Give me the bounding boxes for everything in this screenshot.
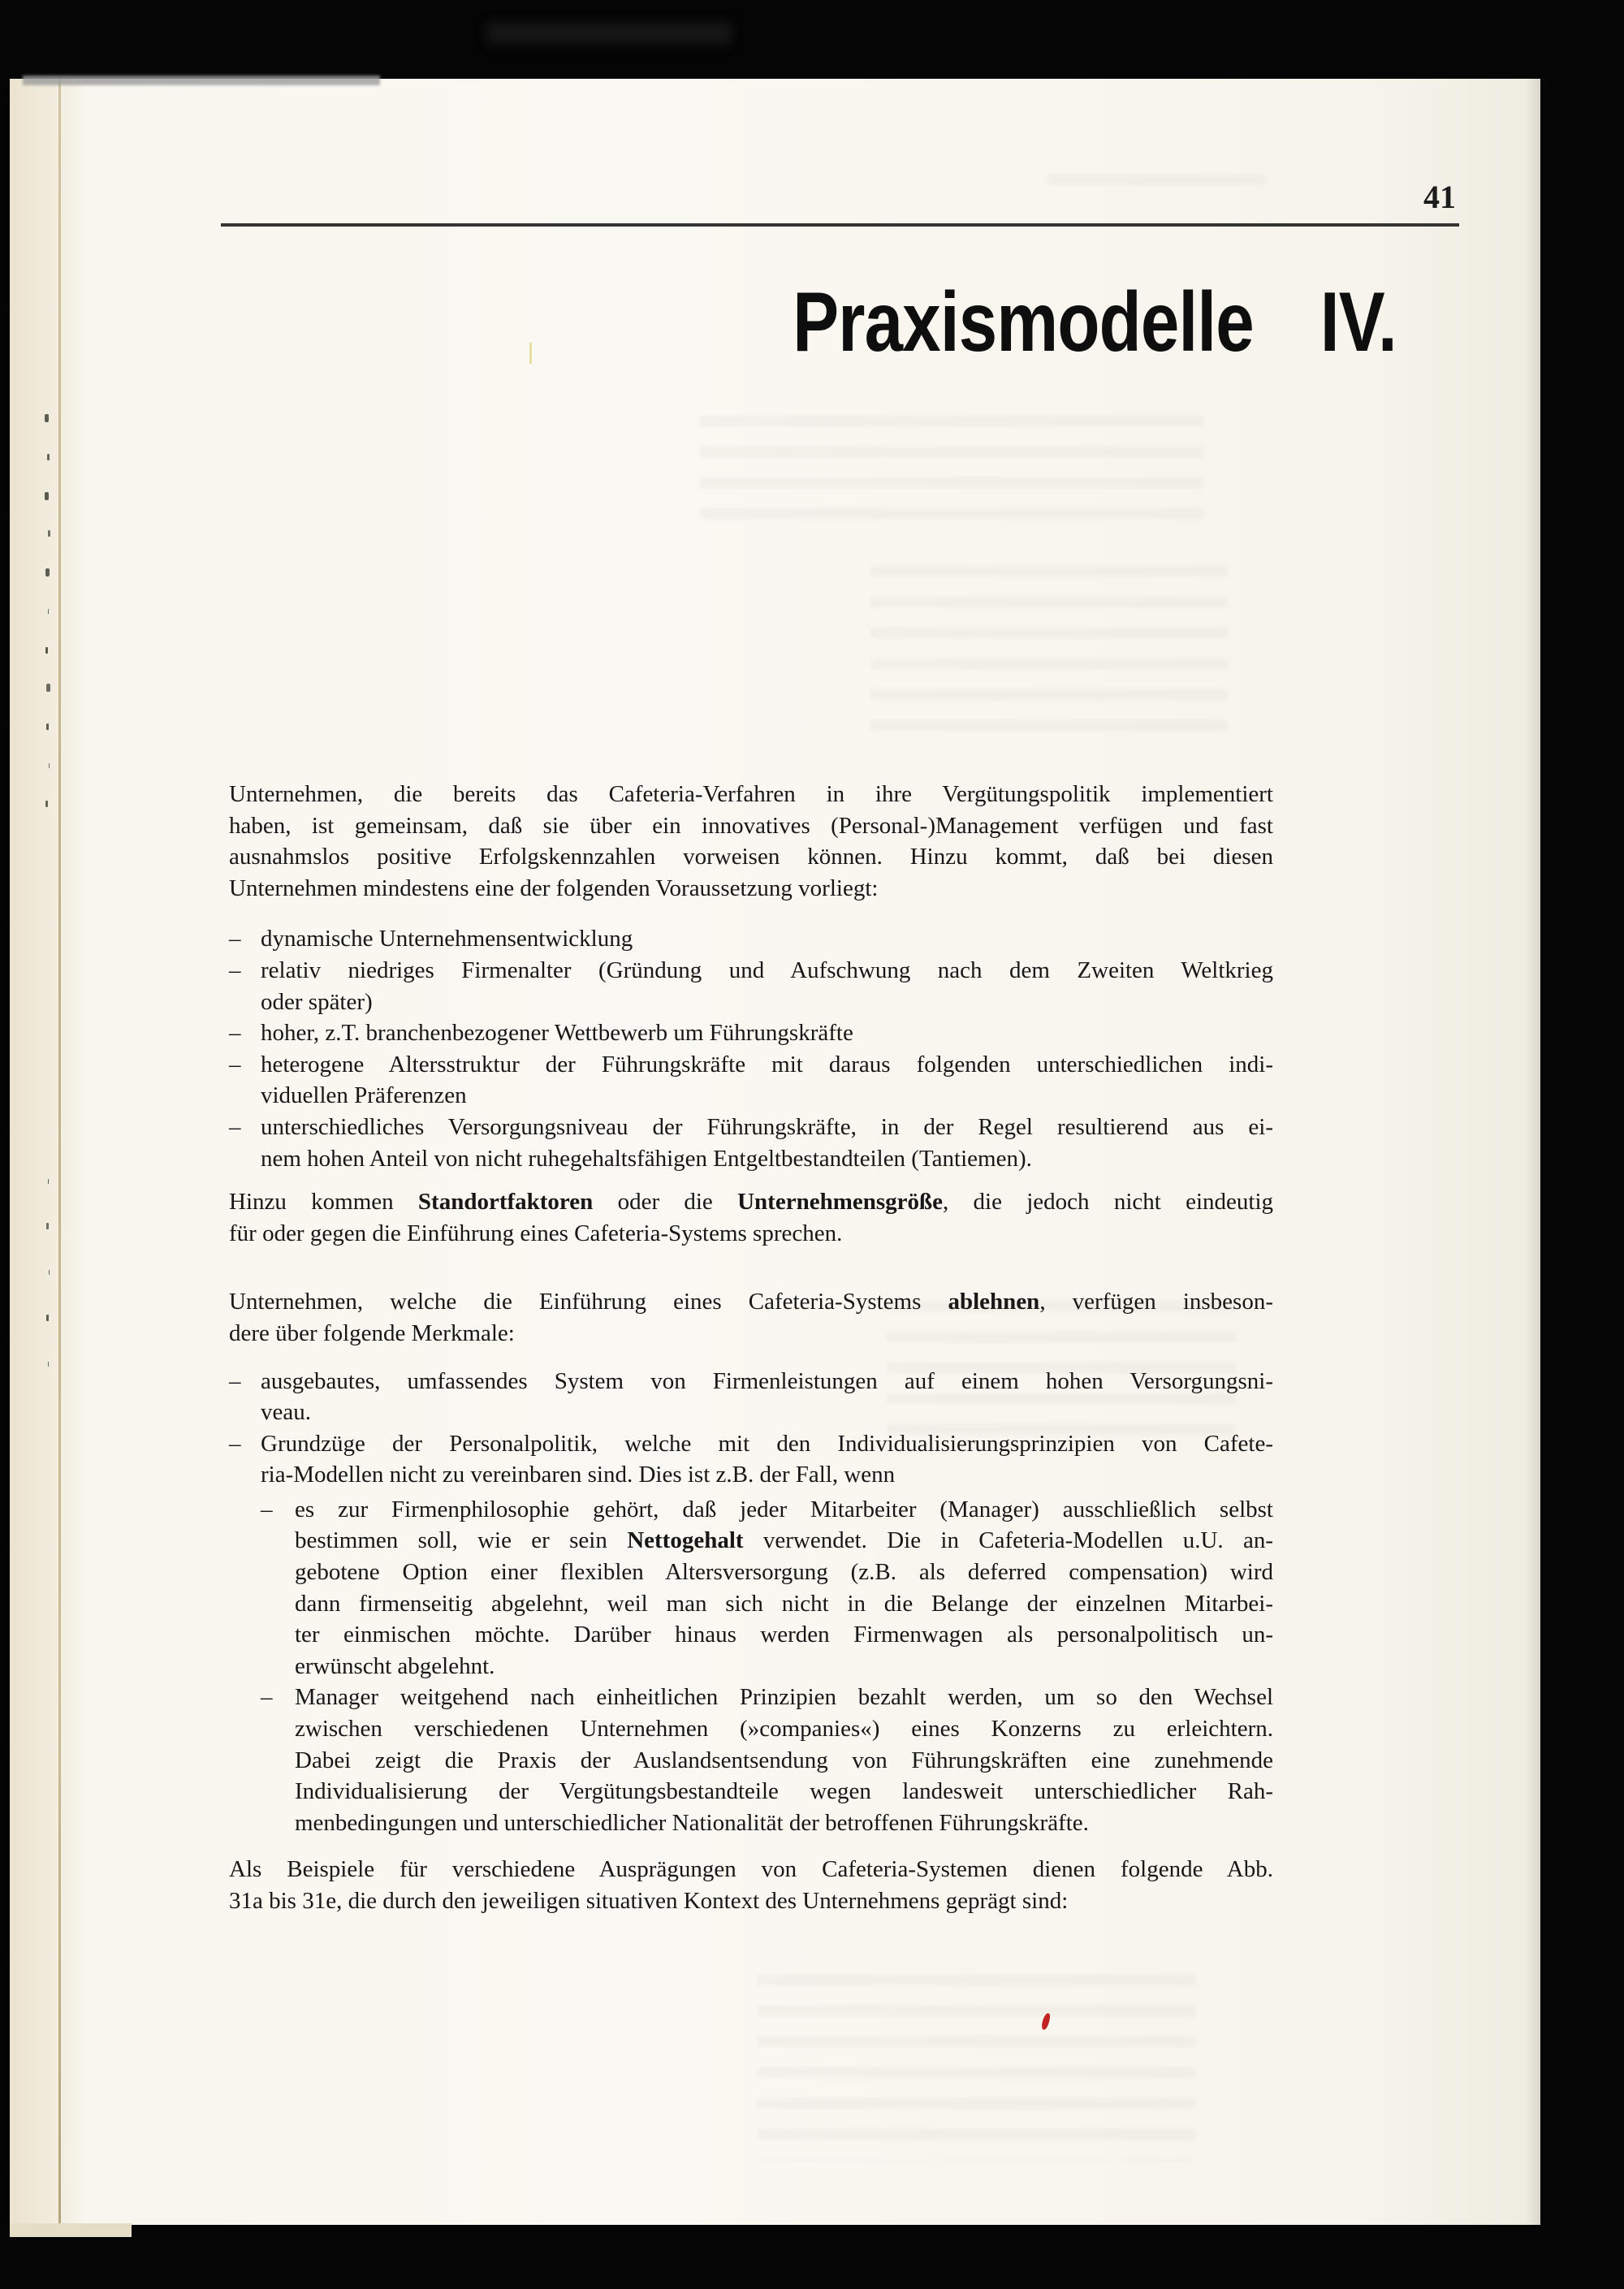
text-line: menbedingungen und unterschiedlicher Nat… — [295, 1807, 1273, 1839]
dash-marker: – — [261, 1682, 295, 1838]
dash-marker: – — [229, 1112, 261, 1174]
text-line: es zur Firmenphilosophie gehört, daß jed… — [295, 1494, 1273, 1526]
text-line: viduellen Präferenzen — [261, 1080, 1273, 1112]
text-line: Als Beispiele für verschiedene Ausprägun… — [229, 1854, 1273, 1885]
bleed-through-smudge — [757, 1975, 1195, 2162]
text-line: dere über folgende Merkmale: — [229, 1318, 1273, 1350]
text-line: Manager weitgehend nach einheitlichen Pr… — [295, 1682, 1273, 1713]
dash-marker: – — [229, 1428, 261, 1839]
text-line: hoher, z.T. branchenbezogener Wettbewerb… — [261, 1017, 1273, 1049]
bold-text: Unternehmensgröße — [737, 1189, 943, 1215]
dash-marker: – — [229, 923, 261, 955]
text-line: für oder gegen die Einführung eines Cafe… — [229, 1218, 1273, 1250]
nested-bullet-list: – es zur Firmenphilosophie gehört, daß j… — [261, 1494, 1273, 1839]
dash-marker: – — [229, 1049, 261, 1112]
chapter-title-numeral: IV. — [1320, 274, 1397, 371]
text-line: oder später) — [261, 987, 1273, 1018]
text-line: unterschiedliches Versorgungsniveau der … — [261, 1112, 1273, 1143]
text-line: Unternehmen mindestens eine der folgende… — [229, 873, 1273, 905]
text-line: Dabei zeigt die Praxis der Auslandsentse… — [295, 1745, 1273, 1777]
text-line: relativ niedriges Firmenalter (Gründung … — [261, 955, 1273, 987]
text-line: ter einmischen möchte. Darüber hinaus we… — [295, 1619, 1273, 1651]
list-item: – unterschiedliches Versorgungsniveau de… — [229, 1112, 1273, 1174]
page-body-text: Unternehmen, die bereits das Cafeteria-V… — [229, 779, 1273, 1917]
text-line: veau. — [261, 1397, 1273, 1428]
list-item: – heterogene Altersstruktur der Führungs… — [229, 1049, 1273, 1112]
text-line: dynamische Unternehmensentwicklung — [261, 923, 1273, 955]
bleed-through-smudge — [870, 566, 1228, 736]
text-line: nem hohen Anteil von nicht ruhegehaltsfä… — [261, 1143, 1273, 1175]
text-line: dann firmenseitig abgelehnt, weil man si… — [295, 1588, 1273, 1620]
list-item: – dynamische Unternehmensentwicklung — [229, 923, 1273, 955]
chapter-title: Praxismodelle IV. — [793, 274, 1397, 371]
scan-artifact-smear — [487, 23, 731, 44]
bullet-list: – ausgebautes, umfassendes System von Fi… — [229, 1366, 1273, 1839]
scan-artifact-yellow — [529, 343, 532, 364]
dash-marker: – — [229, 1017, 261, 1049]
book-page: 41 Praxismodelle IV. Unternehmen, die be… — [10, 79, 1540, 2225]
dash-marker: – — [261, 1494, 295, 1682]
binding-crease — [58, 79, 61, 2225]
paragraph: Als Beispiele für verschiedene Ausprägun… — [229, 1854, 1273, 1916]
scan-specks — [45, 414, 49, 422]
text-line: Hinzu kommen Standortfaktoren oder die U… — [229, 1186, 1273, 1218]
dash-marker: – — [229, 955, 261, 1017]
text-line: Unternehmen, welche die Einführung eines… — [229, 1286, 1273, 1318]
list-item: – ausgebautes, umfassendes System von Fi… — [229, 1366, 1273, 1428]
text-line: 31a bis 31e, die durch den jeweiligen si… — [229, 1885, 1273, 1917]
page-number: 41 — [1423, 178, 1456, 216]
text-line: Grundzüge der Personalpolitik, welche mi… — [261, 1428, 1273, 1460]
text-line: heterogene Altersstruktur der Führungskr… — [261, 1049, 1273, 1081]
dash-marker: – — [229, 1366, 261, 1428]
scanned-book-page: 41 Praxismodelle IV. Unternehmen, die be… — [0, 0, 1624, 2289]
paragraph: Unternehmen, die bereits das Cafeteria-V… — [229, 779, 1273, 904]
bleed-through-smudge — [1047, 175, 1267, 199]
list-item: – hoher, z.T. branchenbezogener Wettbewe… — [229, 1017, 1273, 1049]
text-line: bestimmen soll, wie er sein Nettogehalt … — [295, 1525, 1273, 1557]
page-edge-bottom — [10, 2223, 132, 2237]
bold-text: Nettogehalt — [627, 1527, 743, 1553]
bold-text: ablehnen — [948, 1289, 1040, 1315]
bleed-through-smudge — [700, 416, 1203, 521]
bold-text: Standortfaktoren — [418, 1189, 593, 1215]
text-line: erwünscht abgelehnt. — [295, 1651, 1273, 1682]
text-line: zwischen verschiedenen Unternehmen (»com… — [295, 1713, 1273, 1745]
text-line: haben, ist gemeinsam, daß sie über ein i… — [229, 810, 1273, 842]
text-line: Unternehmen, die bereits das Cafeteria-V… — [229, 779, 1273, 810]
chapter-title-text: Praxismodelle — [793, 274, 1254, 371]
nested-list-item: – Manager weitgehend nach einheitlichen … — [261, 1682, 1273, 1838]
text-line: Individualisierung der Vergütungsbestand… — [295, 1776, 1273, 1807]
list-item: – Grundzüge der Personalpolitik, welche … — [229, 1428, 1273, 1839]
nested-list-item: – es zur Firmenphilosophie gehört, daß j… — [261, 1494, 1273, 1682]
text-line: ausgebautes, umfassendes System von Firm… — [261, 1366, 1273, 1397]
scan-edge-sliver — [23, 76, 380, 85]
header-rule — [221, 223, 1459, 227]
text-line: gebotene Option einer flexiblen Altersve… — [295, 1557, 1273, 1588]
bullet-list: – dynamische Unternehmensentwicklung – r… — [229, 923, 1273, 1174]
paragraph: Hinzu kommen Standortfaktoren oder die U… — [229, 1186, 1273, 1249]
text-line: ausnahmslos positive Erfolgskennzahlen v… — [229, 841, 1273, 873]
list-item: – relativ niedriges Firmenalter (Gründun… — [229, 955, 1273, 1017]
paragraph: Unternehmen, welche die Einführung eines… — [229, 1286, 1273, 1349]
text-line: ria-Modellen nicht zu vereinbaren sind. … — [261, 1459, 1273, 1491]
